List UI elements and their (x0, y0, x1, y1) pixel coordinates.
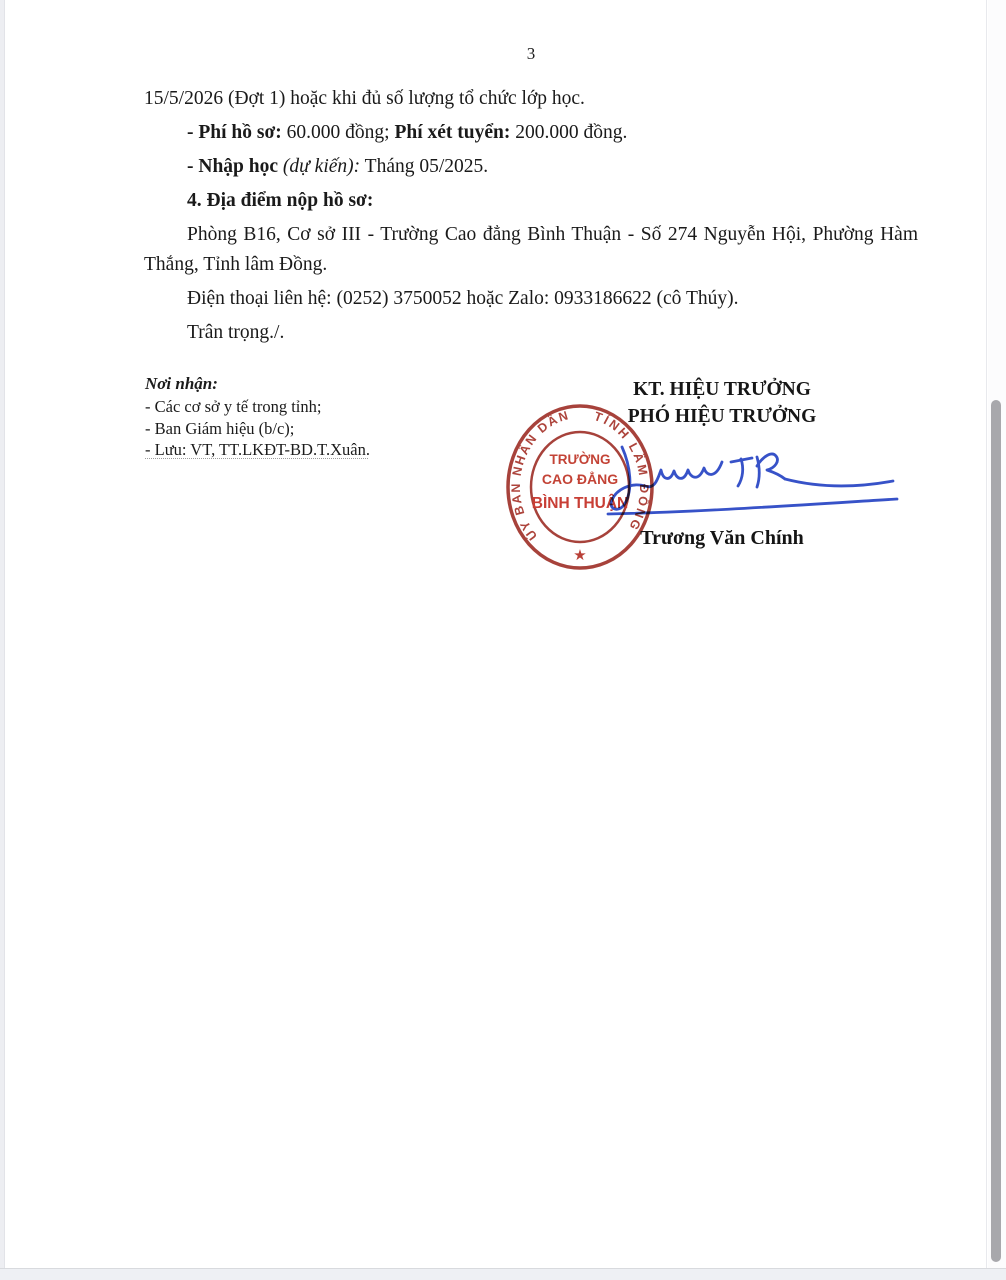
page-right-edge (986, 0, 987, 1280)
regards-line: Trân trọng./. (144, 318, 918, 348)
admission-line: - Nhập học (dự kiến): Tháng 05/2025. (144, 152, 918, 182)
scrollbar-thumb[interactable] (991, 400, 1001, 1262)
admission-label: - Nhập học (187, 156, 283, 177)
fee-label-2: Phí xét tuyển: (394, 122, 510, 143)
handwritten-signature (595, 440, 905, 520)
document-body: 15/5/2026 (Đợt 1) hoặc khi đủ số lượng t… (144, 84, 918, 352)
admission-value: Tháng 05/2025. (360, 156, 488, 177)
fee-value-1: 60.000 đồng; (282, 122, 395, 143)
fee-line: - Phí hồ sơ: 60.000 đồng; Phí xét tuyển:… (144, 118, 918, 148)
phone-line: Điện thoại liên hệ: (0252) 3750052 hoặc … (144, 284, 918, 314)
admission-note: (dự kiến): (283, 156, 360, 177)
signer-name: Trương Văn Chính (560, 527, 884, 550)
recipient-item: - Ban Giám hiệu (b/c); (145, 418, 370, 440)
recipients-title: Nơi nhận: (145, 372, 370, 396)
address-paragraph: Phòng B16, Cơ sở III - Trường Cao đẳng B… (144, 220, 918, 280)
page-left-edge (0, 0, 5, 1280)
signature-heading-line1: KT. HIỆU TRƯỞNG (560, 376, 884, 403)
page-bottom-edge (0, 1268, 1006, 1280)
fee-value-2: 200.000 đồng. (510, 122, 627, 143)
recipient-item: - Lưu: VT, TT.LKĐT-BD.T.Xuân. (145, 439, 370, 461)
recipient-item: - Các cơ sở y tế trong tỉnh; (145, 396, 370, 418)
page-number: 3 (144, 44, 918, 64)
document-page: 3 15/5/2026 (Đợt 1) hoặc khi đủ số lượng… (0, 0, 1006, 1280)
body-continuation-line: 15/5/2026 (Đợt 1) hoặc khi đủ số lượng t… (144, 84, 918, 114)
fee-label-1: - Phí hồ sơ: (187, 122, 282, 143)
section4-heading: 4. Địa điểm nộp hồ sơ: (144, 186, 918, 216)
recipients-block: Nơi nhận: - Các cơ sở y tế trong tỉnh; -… (145, 372, 370, 461)
